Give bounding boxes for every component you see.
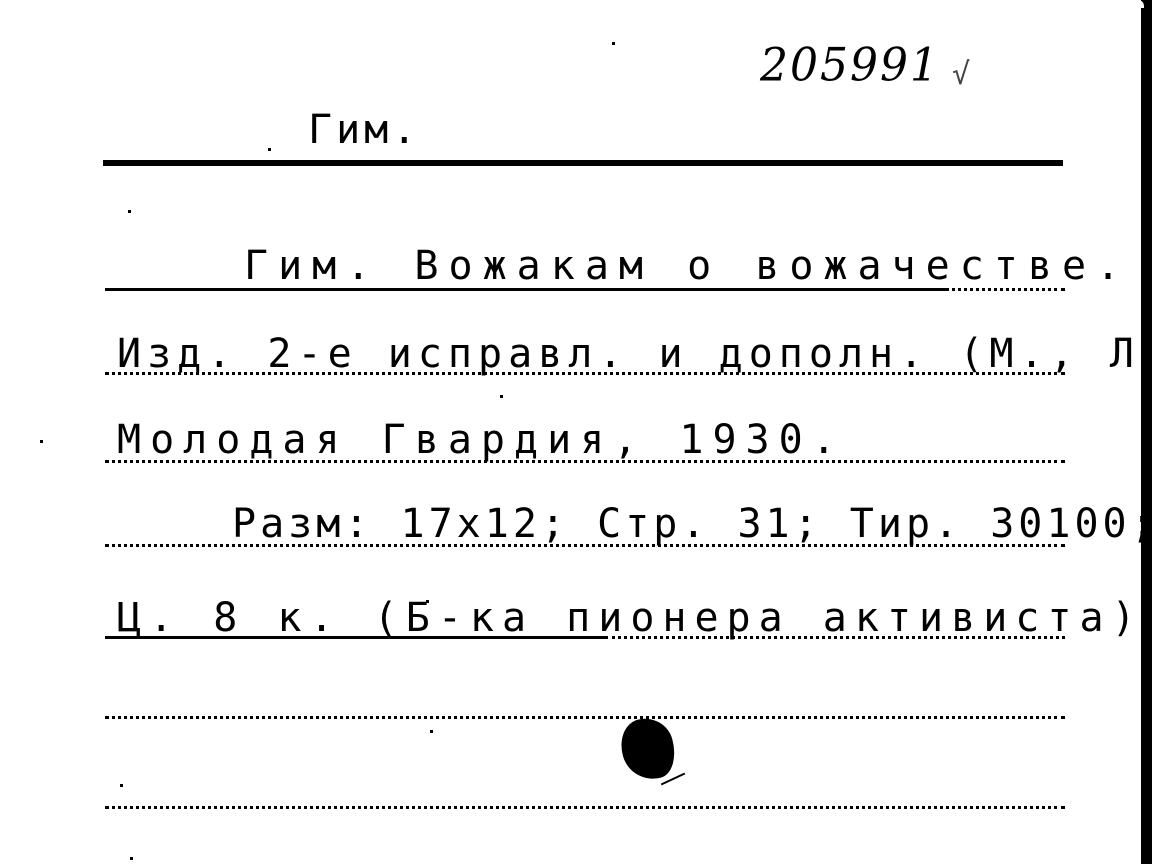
- empty-rule-6: [105, 716, 1065, 719]
- entry-title-line: Гим. Вожакам о вожачестве.: [244, 246, 1130, 286]
- scan-speck: [120, 784, 123, 787]
- scan-speck: [130, 857, 133, 860]
- entry-rule-1-dotted: [945, 288, 1065, 291]
- scan-speck: [268, 148, 271, 151]
- scan-speck: [426, 600, 429, 603]
- entry-rule-3: [105, 460, 1065, 463]
- entry-publisher-line: Молодая Гвардия, 1930.: [117, 420, 845, 460]
- scan-speck: [128, 210, 131, 213]
- entry-rule-1: [105, 288, 945, 291]
- scan-speck: [500, 395, 503, 398]
- card-heading: Гим.: [308, 110, 420, 150]
- scan-speck: [612, 42, 615, 45]
- card-corner: [1130, 0, 1144, 8]
- entry-rule-4: [105, 544, 1065, 547]
- header-rule: [103, 160, 1063, 166]
- check-mark-icon: √: [952, 60, 970, 90]
- entry-edition-line: Изд. 2-е исправл. и дополн. (М., Лг.): [117, 334, 1152, 374]
- entry-price-series-line: Ц. 8 к. (Б-ка пионера активиста): [117, 598, 1144, 638]
- catalog-card: 205991 √ Гим. Гим. Вожакам о вожачестве.…: [0, 0, 1152, 864]
- entry-rule-5: [105, 636, 605, 639]
- entry-rule-2: [105, 372, 1065, 375]
- empty-rule-7: [105, 806, 1065, 809]
- entry-rule-5-dotted: [605, 636, 1065, 639]
- card-edge-shadow: [1141, 0, 1152, 864]
- accession-number: 205991: [760, 43, 940, 89]
- scan-speck: [430, 730, 433, 733]
- ink-blot: [615, 712, 681, 785]
- entry-physical-line: Разм: 17х12; Стр. 31; Тир. 30100;: [232, 504, 1152, 544]
- scan-speck: [40, 440, 43, 443]
